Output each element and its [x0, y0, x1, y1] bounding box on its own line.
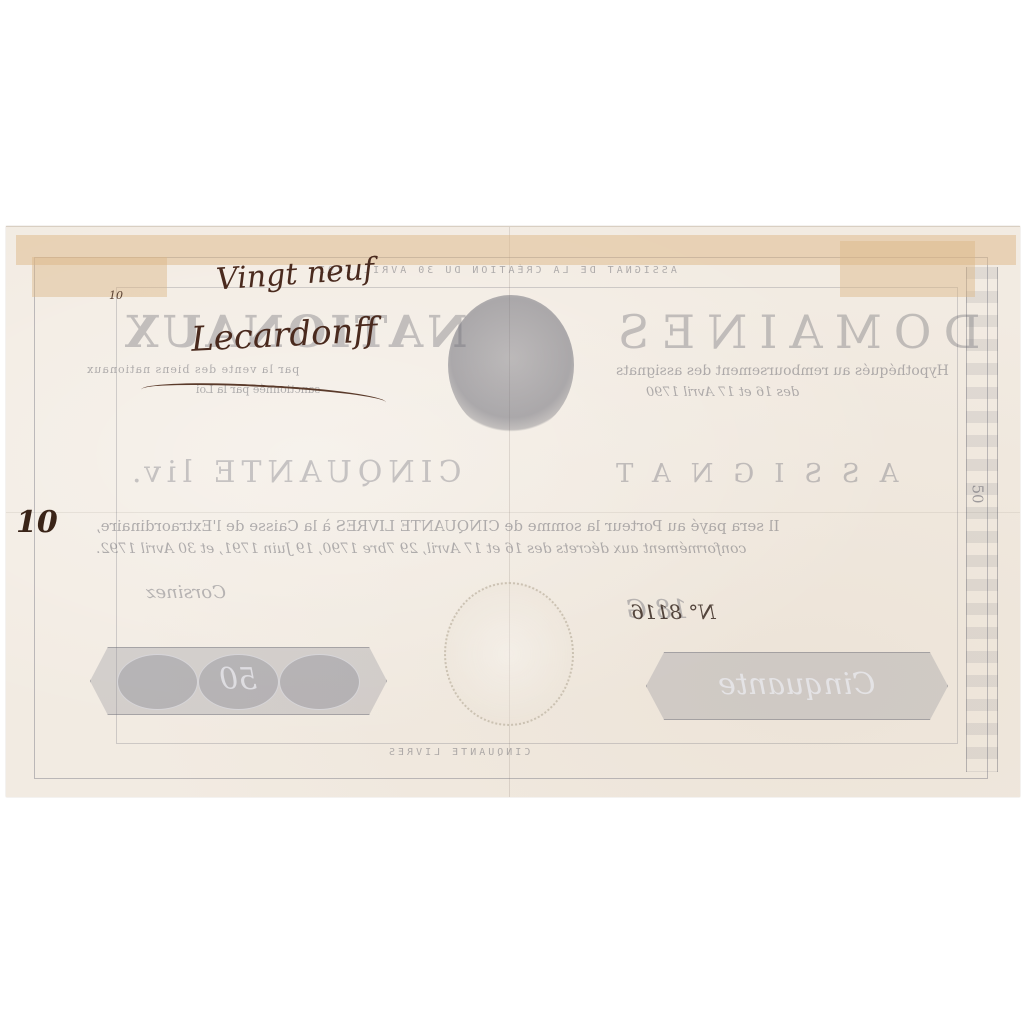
- serial-number-label: N° 8116: [631, 600, 716, 624]
- ink-mark: 10: [16, 505, 58, 540]
- border-bottom-label: CINQUANTE LIVRES: [386, 747, 530, 758]
- title-domaines: DOMAINES: [606, 305, 980, 359]
- subtitle-line-1-label: Hypothéqués au remboursement des assigna…: [616, 363, 949, 379]
- cartouche-right-label: Cinquante: [718, 667, 875, 702]
- subtitle-line-1: Hypothéqués au remboursement des assigna…: [616, 363, 949, 379]
- body-text-line-1-label: Il sera payé au Porteur la somme de CINQ…: [96, 517, 779, 535]
- body-text-line-2-label: conformément aux décrets des 16 et 17 Av…: [96, 541, 746, 557]
- title-domaines-label: DOMAINES: [606, 305, 980, 359]
- side-value: 50: [969, 484, 987, 503]
- value-cartouche-left: 50: [90, 647, 387, 715]
- heading-assignat-label: ASSIGNAT: [596, 459, 898, 489]
- subtitle-line-3-label: par la vente des biens nationaux: [86, 363, 299, 376]
- printed-signature-label: Corsinez: [146, 582, 226, 603]
- portrait-medallion-icon: [448, 295, 574, 435]
- heading-value: CINQUANTE liv.: [126, 455, 461, 490]
- tape-strip-left: [32, 257, 167, 297]
- dry-embossed-seal-icon: [444, 582, 574, 726]
- handwritten-margin-mark: 10: [109, 289, 123, 302]
- assignat-banknote: ASSIGNAT DE LA CRÉATION DU 30 AVRIL 1792…: [6, 226, 1020, 797]
- body-text-line-2: conformément aux décrets des 16 et 17 Av…: [96, 541, 746, 557]
- border-bottom-text: CINQUANTE LIVRES: [386, 747, 530, 758]
- cartouche-right-value: Cinquante: [647, 667, 947, 702]
- cartouche-left-value: 50: [91, 662, 386, 697]
- subtitle-line-2: des 16 et 17 Avril 1790: [646, 385, 799, 400]
- heading-assignat: ASSIGNAT: [596, 459, 898, 489]
- printed-signature: Corsinez: [146, 582, 226, 603]
- cartouche-left-label: 50: [219, 662, 257, 697]
- side-value-label: 50: [969, 484, 987, 503]
- tape-strip-right: [840, 241, 975, 297]
- subtitle-line-3: par la vente des biens nationaux: [86, 363, 299, 376]
- value-cartouche-right: Cinquante: [646, 652, 948, 720]
- heading-value-label: CINQUANTE liv.: [126, 455, 461, 490]
- side-ornamental-border: [966, 267, 998, 772]
- subtitle-line-2-label: des 16 et 17 Avril 1790: [646, 385, 799, 400]
- body-text-line-1: Il sera payé au Porteur la somme de CINQ…: [96, 517, 779, 535]
- serial-number: N° 8116: [631, 600, 716, 624]
